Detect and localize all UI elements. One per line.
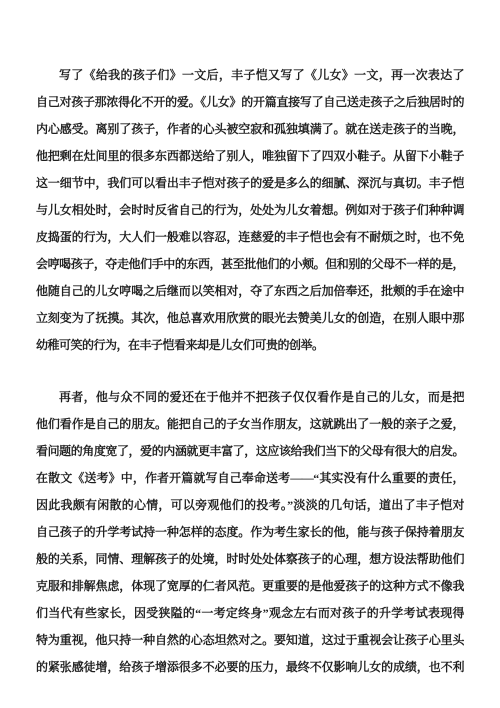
- paragraph-2: 再者，他与众不同的爱还在于他并不把孩子仅仅看作是自己的儿女，而是把 他们看作是自…: [36, 384, 464, 681]
- text-line: 幼稚可笑的行为，在丰子恺看来却是儿女们可贵的创举。: [36, 332, 464, 359]
- text-line: 他把剩在灶间里的很多东西都送给了别人，唯独留下了四双小鞋子。从留下小鞋子: [36, 143, 464, 170]
- text-line: 因此我颇有闲散的心情，可以旁观他们的投考。”淡淡的几句话，道出了丰子恺对: [36, 492, 464, 519]
- text-line: 这一细节中，我们可以看出丰子恺对孩子的爱是多么的细腻、深沉与真切。丰子恺: [36, 170, 464, 197]
- text-line: 看问题的角度宽了，爱的内涵就更丰富了，这应该给我们当下的父母有很大的启发。: [36, 438, 464, 465]
- text-line: 会哼喝孩子，夺走他们手中的东西，甚至批他们的小颊。但和别的父母不一样的是，: [36, 251, 464, 278]
- essay-text-block: 写了《给我的孩子们》一文后，丰子恺又写了《儿女》一文，再一次表达了 自己对孩子那…: [36, 62, 464, 706]
- text-line: 自己孩子的升学考试持一种怎样的态度。作为考生家长的他，能与孩子保持着朋友: [36, 519, 464, 546]
- text-line: 在散文《送考》中，作者开篇就写自己奉命送考——“其实没有什么重要的责任，: [36, 465, 464, 492]
- document-page: 写了《给我的孩子们》一文后，丰子恺又写了《儿女》一文，再一次表达了 自己对孩子那…: [0, 0, 500, 708]
- text-line: 再者，他与众不同的爱还在于他并不把孩子仅仅看作是自己的儿女，而是把: [36, 384, 464, 411]
- text-line: 般的关系，同情、理解孩子的处境，时时处处体察孩子的心理，想方设法帮助他们: [36, 546, 464, 573]
- text-line: 们当代有些家长，因受狭隘的“一考定终身”观念左右而对孩子的升学考试表现得: [36, 600, 464, 627]
- text-line: 的紧张感徒增，给孩子增添很多不必要的压力，最终不仅影响儿女的成绩，也不利: [36, 654, 464, 681]
- text-line: 克服和排解焦虑，体现了宽厚的仁者风范。更重要的是他爱孩子的这种方式不像我: [36, 573, 464, 600]
- text-line: 与儿女相处时，会时时反省自己的行为，处处为儿女着想。例如对于孩子们种种调: [36, 197, 464, 224]
- text-line: 内心感受。离别了孩子，作者的心头被空寂和孤独填满了。就在送走孩子的当晚，: [36, 116, 464, 143]
- paragraph-1: 写了《给我的孩子们》一文后，丰子恺又写了《儿女》一文，再一次表达了 自己对孩子那…: [36, 62, 464, 359]
- text-line: 立刻变为了抚摸。其次，他总喜欢用欣赏的眼光去赞美儿女的创造，在别人眼中那: [36, 305, 464, 332]
- text-line: 他们看作是自己的朋友。能把自己的子女当作朋友，这就跳出了一般的亲子之爱，: [36, 411, 464, 438]
- text-line: 特为重视，他只持一种自然的心态坦然对之。要知道，这过于重视会让孩子心里头: [36, 627, 464, 654]
- text-line: 自己对孩子那浓得化不开的爱。《儿女》的开篇直接写了自己送走孩子之后独居时的: [36, 89, 464, 116]
- text-line: 皮捣蛋的行为，大人们一般难以容忍，连慈爱的丰子恺也会有不耐烦之时，也不免: [36, 224, 464, 251]
- text-line: 写了《给我的孩子们》一文后，丰子恺又写了《儿女》一文，再一次表达了: [36, 62, 464, 89]
- text-line: 他随自己的儿女哼喝之后继而以笑相对，夺了东西之后加倍奉还，批颊的手在途中: [36, 278, 464, 305]
